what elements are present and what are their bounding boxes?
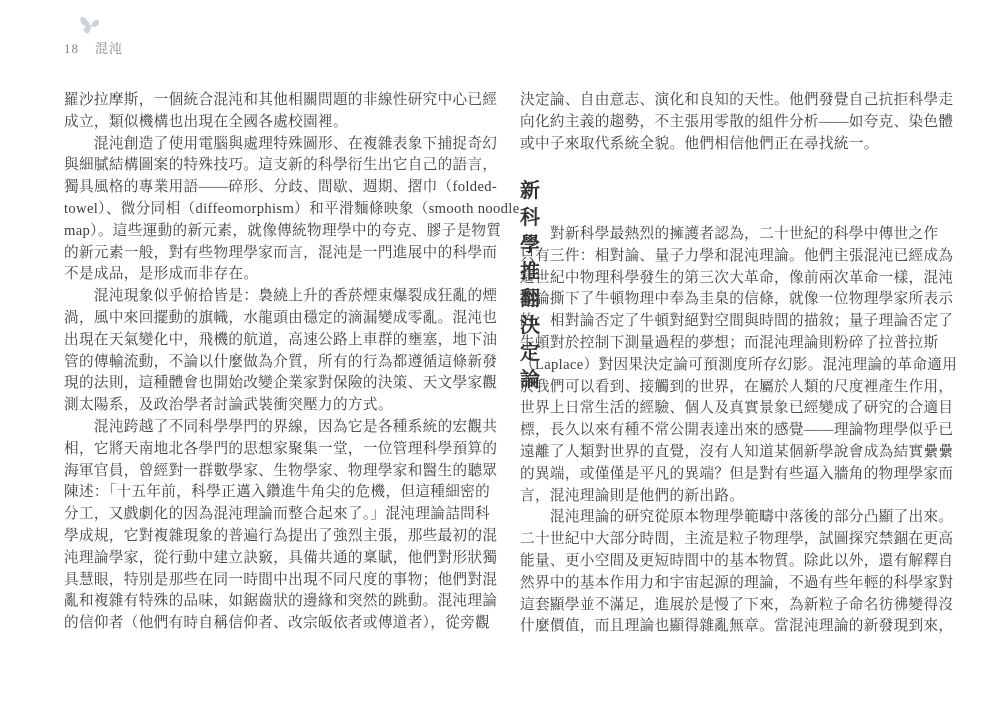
text-line: 亂和複雜有特殊的品味，如鋸齒狀的邊緣和突然的跳動。混沌理論 — [64, 591, 488, 613]
text-line: 羅沙拉摩斯，一個統合混沌和其他相關問題的非線性研究中心已經 — [64, 90, 488, 112]
text-line: 這世紀中物理科學發生的第三次大革命，像前兩次革命一樣，混沌 — [520, 268, 944, 290]
text-line: 海軍官員，曾經對一群數學家、生物學家、物理學家和醫生的聽眾 — [64, 461, 488, 483]
text-line: 管的傳輸流動，不論以什麼做為介質，所有的行為都遵循這條新發 — [64, 352, 488, 374]
text-line: 對新科學最熱烈的擁護者認為，二十世紀的科學中傳世之作 — [520, 224, 944, 246]
text-line: 的新元素一般，對有些物理學家而言，混沌是一門進展中的科學而 — [64, 243, 488, 265]
text-line: 獨具風格的專業用語——碎形、分歧、間歇、週期、摺巾（folded- — [64, 177, 488, 199]
text-line: 的信仰者（他們有時自稱信仰者、改宗皈依者或傳道者），從旁觀 — [64, 613, 488, 635]
text-line: 具慧眼，特別是那些在同一時間中出現不同尺度的事物；他們對混 — [64, 570, 488, 592]
text-line: 世界上日常生活的經驗、個人及真實景象已經變成了研究的合適目 — [520, 398, 944, 420]
right-paragraph-before-heading: 決定論、自由意志、演化和良知的天性。他們發覺自己抗拒科學走向化約主義的趨勢，不主… — [520, 90, 944, 155]
text-line: 這套顯學並不滿足，進展於是慢了下來，為新粒子命名彷彿變得沒 — [520, 595, 944, 617]
text-line: 什麼價值，而且理論也顯得雜亂無章。當混沌理論的新發現到來， — [520, 616, 944, 638]
text-line: 相，它將天南地北各學門的思想家聚集一堂，一位管理科學預算的 — [64, 439, 488, 461]
text-line: 遠離了人類對世界的直覺，沒有人知道某個新學說會成為結實纍纍 — [520, 442, 944, 464]
text-line: 混沌跨越了不同科學學門的界線，因為它是各種系統的宏觀共 — [64, 417, 488, 439]
left-running-title: 混沌 — [95, 41, 123, 56]
text-line: 現的法則，這種體會也開始改變企業家對保險的決策、天文學家觀 — [64, 373, 488, 395]
book-spread: { "colors": { "paper": "#ffffff", "body_… — [0, 0, 1000, 709]
text-line: 混沌現象似乎俯拾皆是：裊繞上升的香菸煙束爆裂成狂亂的煙 — [64, 286, 488, 308]
text-line: 成立，類似機構也出現在全國各處校園裡。 — [64, 112, 488, 134]
butterfly-icon — [76, 12, 104, 38]
text-line: 學成規，它對複雜現象的普遍行為提出了強烈主張，那些最初的混 — [64, 526, 488, 548]
text-line: 於我們可以看到、接觸到的世界，在屬於人類的尺度裡產生作用， — [520, 377, 944, 399]
text-line: 出現在天氣變化中，飛機的航道，高速公路上車群的壅塞，地下油 — [64, 330, 488, 352]
text-line: 渦，風中來回擺動的旗幟，水龍頭由穩定的滴漏變成零亂。混沌也 — [64, 308, 488, 330]
text-line: （Laplace）對因果決定論可預測度所存幻影。混沌理論的革命適用 — [520, 355, 944, 377]
text-line: 決定論、自由意志、演化和良知的天性。他們發覺自己抗拒科學走 — [520, 90, 944, 112]
text-line: 與細膩結構圖案的特殊技巧。這支新的科學衍生出它自己的語言， — [64, 155, 488, 177]
text-line: 沌理論學家，從行動中建立訣竅，具備共通的稟賦，他們對形狀獨 — [64, 548, 488, 570]
right-body-text: 對新科學最熱烈的擁護者認為，二十世紀的科學中傳世之作只有三件：相對論、量子力學和… — [520, 224, 944, 638]
text-line: 然界中的基本作用力和宇宙起源的理論，不過有些年輕的科學家對 — [520, 573, 944, 595]
text-line: 能量、更小空間及更短時間中的基本物質。除此以外，還有解釋自 — [520, 551, 944, 573]
text-line: 牛頓對於控制下測量過程的夢想；而混沌理論則粉碎了拉普拉斯 — [520, 333, 944, 355]
text-line: 測太陽系，及政治學者討論武裝衝突壓力的方式。 — [64, 395, 488, 417]
text-line: 只有三件：相對論、量子力學和混沌理論。他們主張混沌已經成為 — [520, 246, 944, 268]
text-line: 的：相對論否定了牛頓對絕對空間與時間的描敘；量子理論否定了 — [520, 311, 944, 333]
text-line: map）。這些運動的新元素，就像傳統物理學中的夸克、膠子是物質 — [64, 221, 488, 243]
text-line: 不是成品，是形成而非存在。 — [64, 264, 488, 286]
text-line: towel）、微分同相（diffeomorphism）和平滑麵條映象（smoot… — [64, 199, 488, 221]
text-line: 混沌理論的研究從原本物理學範疇中落後的部分凸顯了出來。 — [520, 507, 944, 529]
text-line: 言，混沌理論則是他們的新出路。 — [520, 486, 944, 508]
text-line: 向化約主義的趨勢，不主張用零散的組件分析——如夸克、染色體 — [520, 112, 944, 134]
left-page-number: 18 — [64, 41, 79, 56]
text-line: 陳述：「十五年前，科學正邁入鑽進牛角尖的危機，但這種細密的 — [64, 482, 488, 504]
left-body-text: 羅沙拉摩斯，一個統合混沌和其他相關問題的非線性研究中心已經成立，類似機構也出現在… — [64, 90, 488, 635]
text-line: 或中子來取代系統全貌。他們相信他們正在尋找統一。 — [520, 134, 944, 156]
text-line: 二十世紀中大部分時間，主流是粒子物理學，試圖探究禁錮在更高 — [520, 529, 944, 551]
text-line: 理論撕下了牛頓物理中奉為圭臬的信條，就像一位物理學家所表示 — [520, 289, 944, 311]
text-line: 標，長久以來有種不常公開表達出來的感覺——理論物理學似乎已 — [520, 420, 944, 442]
text-line: 分工，又戲劇化的因為混沌理論而整合起來了。」混沌理論詰問科 — [64, 504, 488, 526]
left-running-header: 18混沌 — [64, 38, 123, 57]
text-line: 混沌創造了使用電腦與處理特殊圖形、在複雜表象下捕捉奇幻 — [64, 134, 488, 156]
text-line: 的異端，或僅僅是平凡的異端？但是對有些逼入牆角的物理學家而 — [520, 464, 944, 486]
